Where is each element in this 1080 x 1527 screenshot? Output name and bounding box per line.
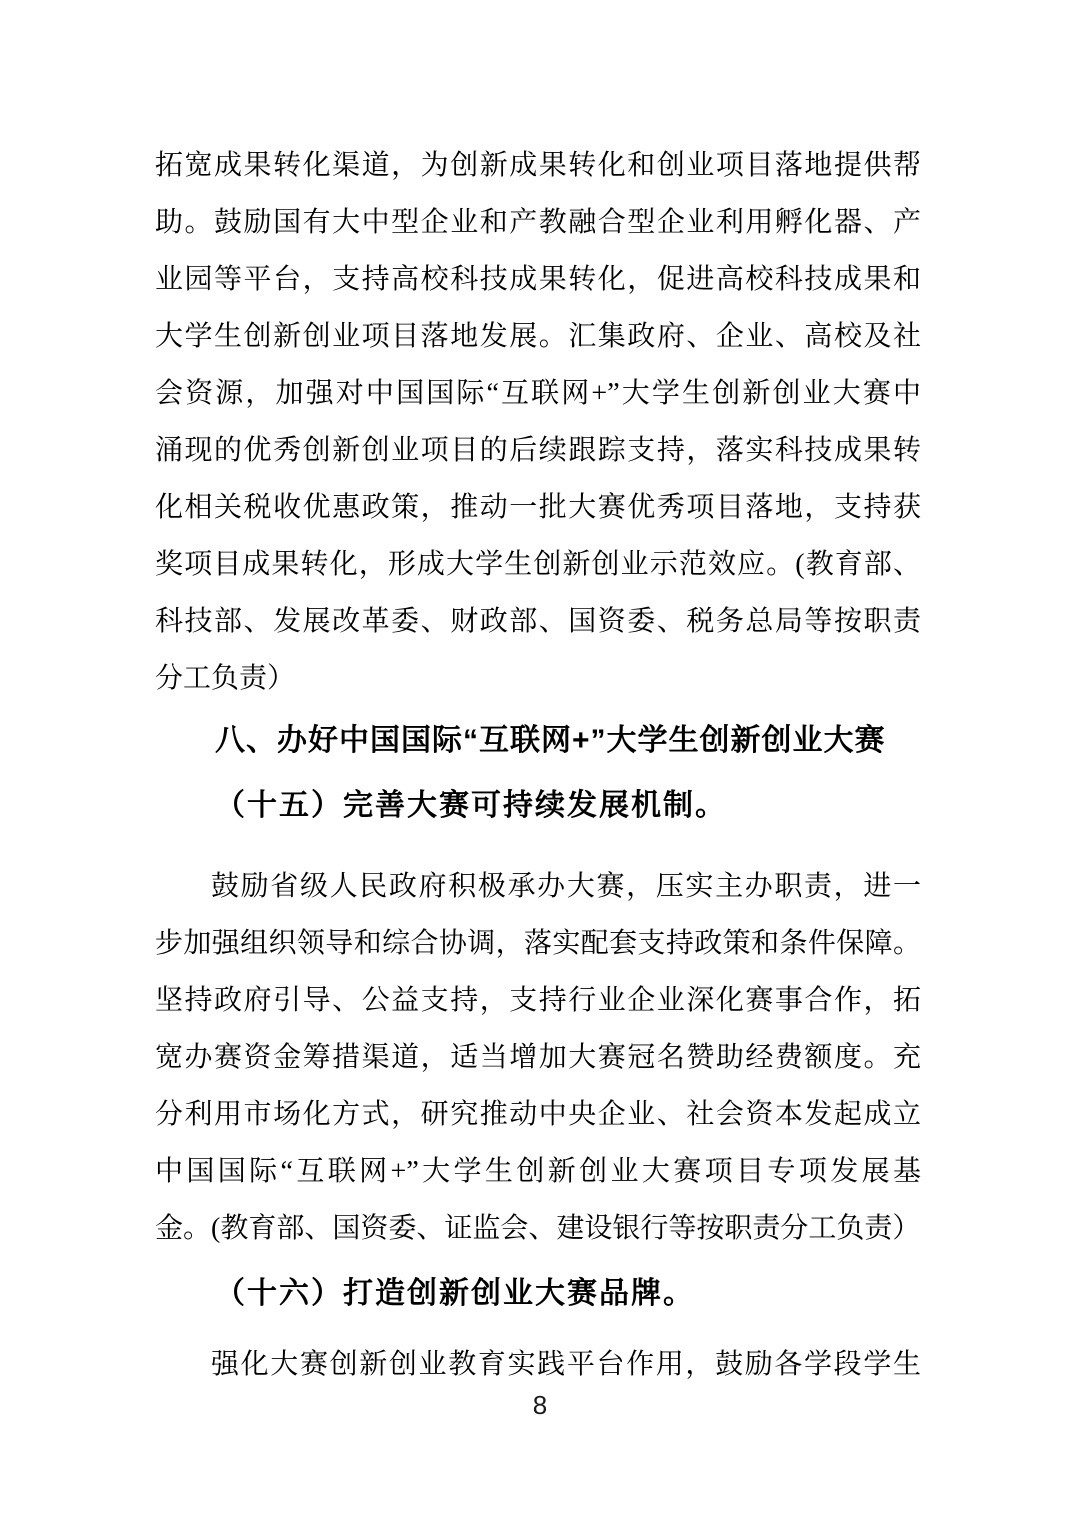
text-line: 分利用市场化方式，研究推动中央企业、社会资本发起成立 [155,1086,921,1143]
subsection-heading-15: （十五）完善大赛可持续发展机制。 [155,777,921,834]
paragraph-continued-from-previous-page: 拓宽成果转化渠道，为创新成果转化和创业项目落地提供帮助。鼓励国有大中型企业和产教… [155,137,921,707]
text-line: 金。(教育部、国资委、证监会、建设银行等按职责分工负责） [155,1200,921,1257]
document-page: 拓宽成果转化渠道，为创新成果转化和创业项目落地提供帮助。鼓励国有大中型企业和产教… [0,0,1080,1527]
text-line: 坚持政府引导、公益支持，支持行业企业深化赛事合作，拓 [155,972,921,1029]
text-line: 鼓励省级人民政府积极承办大赛，压实主办职责，进一 [155,858,921,915]
subsection-heading-16: （十六）打造创新创业大赛品牌。 [155,1265,921,1322]
text-line: 业园等平台，支持高校科技成果转化，促进高校科技成果和 [155,251,921,308]
page-number: 8 [0,1390,1080,1420]
text-line: 大学生创新创业项目落地发展。汇集政府、企业、高校及社 [155,308,921,365]
paragraph-16-body: 强化大赛创新创业教育实践平台作用，鼓励各学段学生 [155,1336,921,1393]
text-line: 会资源，加强对中国国际“互联网+”大学生创新创业大赛中 [155,365,921,422]
text-line: 宽办赛资金筹措渠道，适当增加大赛冠名赞助经费额度。充 [155,1029,921,1086]
text-line: 科技部、发展改革委、财政部、国资委、税务总局等按职责 [155,593,921,650]
page-content: 拓宽成果转化渠道，为创新成果转化和创业项目落地提供帮助。鼓励国有大中型企业和产教… [155,137,921,1393]
text-line: 强化大赛创新创业教育实践平台作用，鼓励各学段学生 [155,1336,921,1393]
text-line: 分工负责） [155,650,921,707]
text-line: 中国国际“互联网+”大学生创新创业大赛项目专项发展基 [155,1143,921,1200]
text-line: 拓宽成果转化渠道，为创新成果转化和创业项目落地提供帮 [155,137,921,194]
text-line: 化相关税收优惠政策，推动一批大赛优秀项目落地，支持获 [155,479,921,536]
text-line: 奖项目成果转化，形成大学生创新创业示范效应。(教育部、 [155,536,921,593]
text-line: 助。鼓励国有大中型企业和产教融合型企业利用孵化器、产 [155,194,921,251]
section-heading-8: 八、办好中国国际“互联网+”大学生创新创业大赛 [155,712,921,769]
text-line: 步加强组织领导和综合协调，落实配套支持政策和条件保障。 [155,915,921,972]
text-line: 涌现的优秀创新创业项目的后续跟踪支持，落实科技成果转 [155,422,921,479]
paragraph-15-body: 鼓励省级人民政府积极承办大赛，压实主办职责，进一步加强组织领导和综合协调，落实配… [155,858,921,1257]
